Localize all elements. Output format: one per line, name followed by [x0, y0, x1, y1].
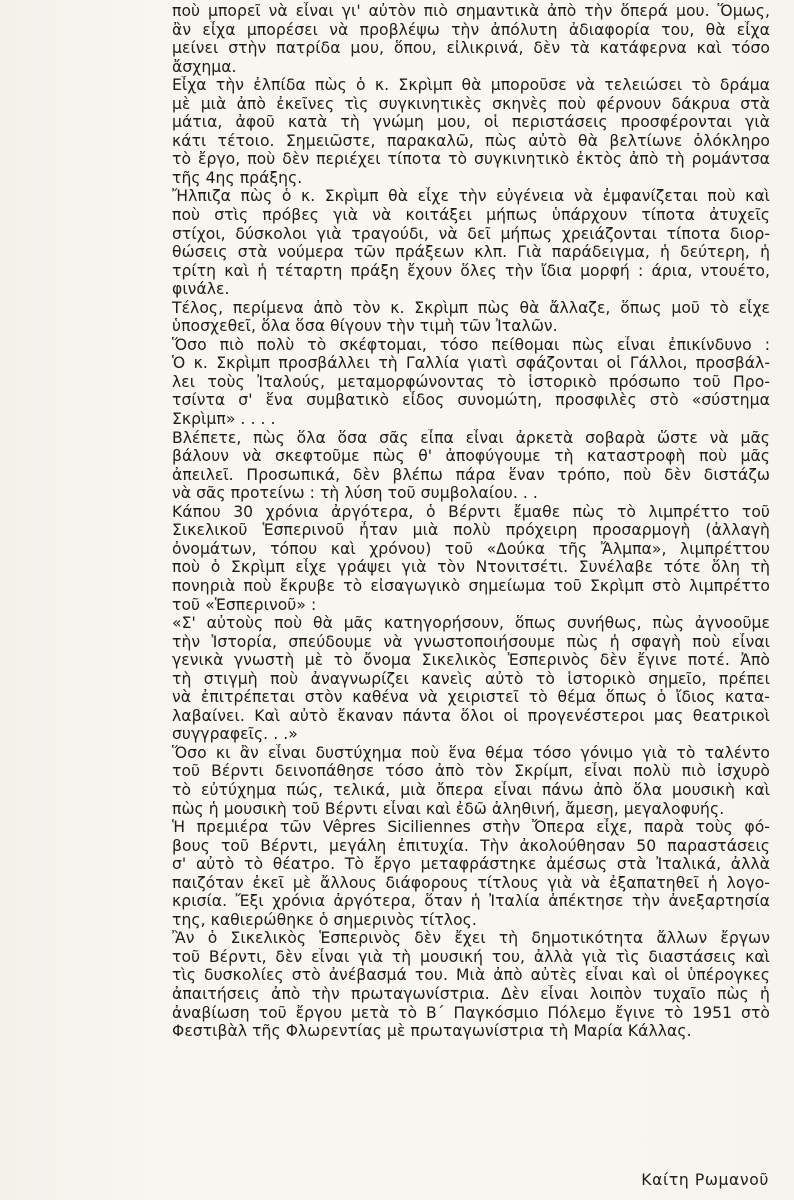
text-line: ποὺ μπορεῖ νὰ εἶναι γι' αὐτὸν πιὸ σημαντ…	[172, 2, 770, 21]
text-line: Κάπου 30 χρόνια ἀργότερα, ὁ Βέρντι ἔμαθε…	[172, 503, 770, 522]
text-line: συγγραφεῖς. . .»	[172, 725, 770, 744]
text-line: παιζόταν ἐκεῖ μὲ ἄλλους διάφορους τίτλου…	[172, 874, 770, 893]
text-line: κρισία. Ἔξι χρόνια ἀργότερα, ὅταν ἡ Ἰταλ…	[172, 892, 770, 911]
text-line: ἂν εἶχα μπορέσει νὰ προβλέψω τὴν ἀπόλυτη…	[172, 21, 770, 40]
scanned-page: ποὺ μπορεῖ νὰ εἶναι γι' αὐτὸν πιὸ σημαντ…	[0, 0, 794, 1200]
text-line: φινάλε.	[172, 280, 770, 299]
paragraph: Εἶχα τὴν ἐλπίδα πὼς ὁ κ. Σκρὶμπ θὰ μπορο…	[172, 76, 770, 187]
paragraph: Κάπου 30 χρόνια ἀργότερα, ὁ Βέρντι ἔμαθε…	[172, 503, 770, 614]
text-line: σ' αὐτὸ τὸ θέατρο. Τὸ ἔργο μεταφράστηκε …	[172, 855, 770, 874]
text-line: τῆς 4ης πράξης.	[172, 169, 770, 188]
text-line: νὰ ἐπιτρέπεται στὸν καθένα νὰ χειριστεῖ …	[172, 688, 770, 707]
text-line: ἀναβίωση τοῦ ἔργου μετὰ τὸ Β΄ Παγκόσμιο …	[172, 1004, 770, 1023]
text-line: ἀπειλεῖ. Προσωπικά, δὲν βλέπω πάρα ἕναν …	[172, 466, 770, 485]
text-line: τοῦ Βέρντι, δὲν εἶναι γιὰ τὴ μουσική του…	[172, 948, 770, 967]
text-line: τὸ εὐτύχημα πώς, τελικά, μιὰ ὄπερα εἶναι…	[172, 781, 770, 800]
text-line: μὲ μιὰ ἀπὸ ἐκεῖνες τὶς συγκινητικὲς σκην…	[172, 95, 770, 114]
text-line: τὶς δυσκολίες στὸ ἀνέβασμά του. Μιὰ ἀπὸ …	[172, 966, 770, 985]
text-line: τρίτη καὶ ἡ τέταρτη πράξη ἔχουν ὅλες τὴν…	[172, 262, 770, 281]
text-line: Βλέπετε, πὼς ὅλα ὅσα σᾶς εἶπα εἶναι ἀρκε…	[172, 429, 770, 448]
text-line: πὼς ἡ μουσικὴ τοῦ Βέρντι εἶναι καὶ ἐδῶ ἀ…	[172, 800, 770, 819]
author-signature: Καίτη Ρωμανοῦ	[641, 1170, 769, 1190]
text-line: πονηριὰ ποὺ ἔκρυβε τὸ εἰσαγωγικὸ σημείωμ…	[172, 577, 770, 596]
text-line: Σικελικοῦ Ἑσπερινοῦ ἦταν μιὰ πολὺ πρόχει…	[172, 521, 770, 540]
text-line: νὰ σᾶς προτείνω : τὴ λύση τοῦ συμβολαίου…	[172, 484, 770, 503]
paragraph: Ἂν ὁ Σικελικὸς Ἑσπερινὸς δὲν ἔχει τὴ δημ…	[172, 929, 770, 1040]
text-line: Ὅσο πιὸ πολὺ τὸ σκέφτομαι, τόσο πείθομαι…	[172, 336, 770, 355]
text-line: Ὅσο κι ἂν εἶναι δυστύχημα ποὺ ἕνα θέμα τ…	[172, 744, 770, 763]
text-line: ὀνομάτων, τόπου καὶ χρόνου) τοῦ «Δούκα τ…	[172, 540, 770, 559]
text-line: «Σ' αὐτοὺς ποὺ θὰ μᾶς κατηγορήσουν, ὅπως…	[172, 614, 770, 633]
text-line: Ἂν ὁ Σικελικὸς Ἑσπερινὸς δὲν ἔχει τὴ δημ…	[172, 929, 770, 948]
text-line: τοῦ «Ἑσπερινοῦ» :	[172, 596, 770, 615]
text-line: τσίντα σ' ἕνα συμβατικὸ εἶδος συνομώτη, …	[172, 391, 770, 410]
text-line: της, καθιερώθηκε ὁ σημερινὸς τίτλος.	[172, 911, 770, 930]
text-line: Ὁ κ. Σκρὶμπ προσβάλλει τὴ Γαλλία γιατὶ σ…	[172, 354, 770, 373]
text-line: λαβαίνει. Καὶ αὐτὸ ἔκαναν πάντα ὅλοι οἱ …	[172, 707, 770, 726]
text-line: θώσεις στὰ νούμερα τῶν πράξεων κλπ. Γιὰ …	[172, 243, 770, 262]
text-line: μείνει στὴν πατρίδα μου, ὅπου, εἰλικρινά…	[172, 39, 770, 58]
text-line: ποὺ ὁ Σκρὶμπ εἶχε γράψει γιὰ τὸν Ντονιτσ…	[172, 558, 770, 577]
text-line: βους τοῦ Βέρντι, μεγάλη ἐπιτυχία. Τὴν ἀκ…	[172, 837, 770, 856]
text-line: Φεστιβὰλ τῆς Φλωρεντίας μὲ πρωταγωνίστρι…	[172, 1022, 770, 1041]
text-line: Ἤλπιζα πὼς ὁ κ. Σκρὶμπ θὰ εἶχε τὴν εὐγέν…	[172, 187, 770, 206]
text-line: μάτια, ἀφοῦ κατὰ τὴ γνώμη μου, οἱ περιστ…	[172, 113, 770, 132]
text-line: λει τοὺς Ἰταλούς, μεταμορφώνοντας τὸ ἱστ…	[172, 373, 770, 392]
text-line: τὴν Ἱστορία, σπεύδουμε νὰ γνωστοποιήσουμ…	[172, 633, 770, 652]
text-line: τὴ στιγμὴ ποὺ ἀναγνωρίζει κανεὶς αὐτὸ τὸ…	[172, 670, 770, 689]
text-line: Τέλος, περίμενα ἀπὸ τὸν κ. Σκρὶμπ πὼς θὰ…	[172, 299, 770, 318]
paragraph: Ὅσο κι ἂν εἶναι δυστύχημα ποὺ ἕνα θέμα τ…	[172, 744, 770, 818]
paragraph: ποὺ μπορεῖ νὰ εἶναι γι' αὐτὸν πιὸ σημαντ…	[172, 2, 770, 76]
text-line: ποὺ στὶς πρόβες γιὰ νὰ κοιτάξει μήπως ὑπ…	[172, 206, 770, 225]
text-line: τοῦ Βέρντι δεινοπάθησε τόσο ἀπὸ τὸν Σκρί…	[172, 762, 770, 781]
text-line: στίχοι, δύσκολοι γιὰ τραγούδι, νὰ δεῖ μή…	[172, 225, 770, 244]
text-line: ἀπαιτήσεις ἀπὸ τὴν πρωταγωνίστρια. Δὲν ε…	[172, 985, 770, 1004]
paragraph: Ἡ πρεμιέρα τῶν Vêpres Siciliennes στὴν Ὄ…	[172, 818, 770, 929]
paragraph: Τέλος, περίμενα ἀπὸ τὸν κ. Σκρὶμπ πὼς θὰ…	[172, 299, 770, 336]
paragraph: «Σ' αὐτοὺς ποὺ θὰ μᾶς κατηγορήσουν, ὅπως…	[172, 614, 770, 744]
paragraph: Βλέπετε, πὼς ὅλα ὅσα σᾶς εἶπα εἶναι ἀρκε…	[172, 429, 770, 503]
text-line: βάλουν νὰ σκεφτοῦμε πὼς θ' ἀποφύγουμε τὴ…	[172, 447, 770, 466]
text-line: ὑποσχεθεῖ, ὅλα ὅσα θίγουν τὴν τιμὴ τῶν Ἰ…	[172, 317, 770, 336]
text-line: τὸ ἔργο, ποὺ δὲν περιέχει τίποτα τὸ συγκ…	[172, 150, 770, 169]
text-line: κάτι τέτοιο. Σημειῶστε, παρακαλῶ, πὼς αὐ…	[172, 132, 770, 151]
text-column: ποὺ μπορεῖ νὰ εἶναι γι' αὐτὸν πιὸ σημαντ…	[172, 2, 770, 1041]
text-line: Σκρὶμπ» . . . .	[172, 410, 770, 429]
text-line: γενικὰ γνωστὴ μὲ τὸ ὄνομα Σικελικὸς Ἑσπε…	[172, 651, 770, 670]
text-line: Ἡ πρεμιέρα τῶν Vêpres Siciliennes στὴν Ὄ…	[172, 818, 770, 837]
text-line: Εἶχα τὴν ἐλπίδα πὼς ὁ κ. Σκρὶμπ θὰ μπορο…	[172, 76, 770, 95]
text-line: ἄσχημα.	[172, 58, 770, 77]
paragraph: Ὅσο πιὸ πολὺ τὸ σκέφτομαι, τόσο πείθομαι…	[172, 336, 770, 429]
paragraph: Ἤλπιζα πὼς ὁ κ. Σκρὶμπ θὰ εἶχε τὴν εὐγέν…	[172, 187, 770, 298]
